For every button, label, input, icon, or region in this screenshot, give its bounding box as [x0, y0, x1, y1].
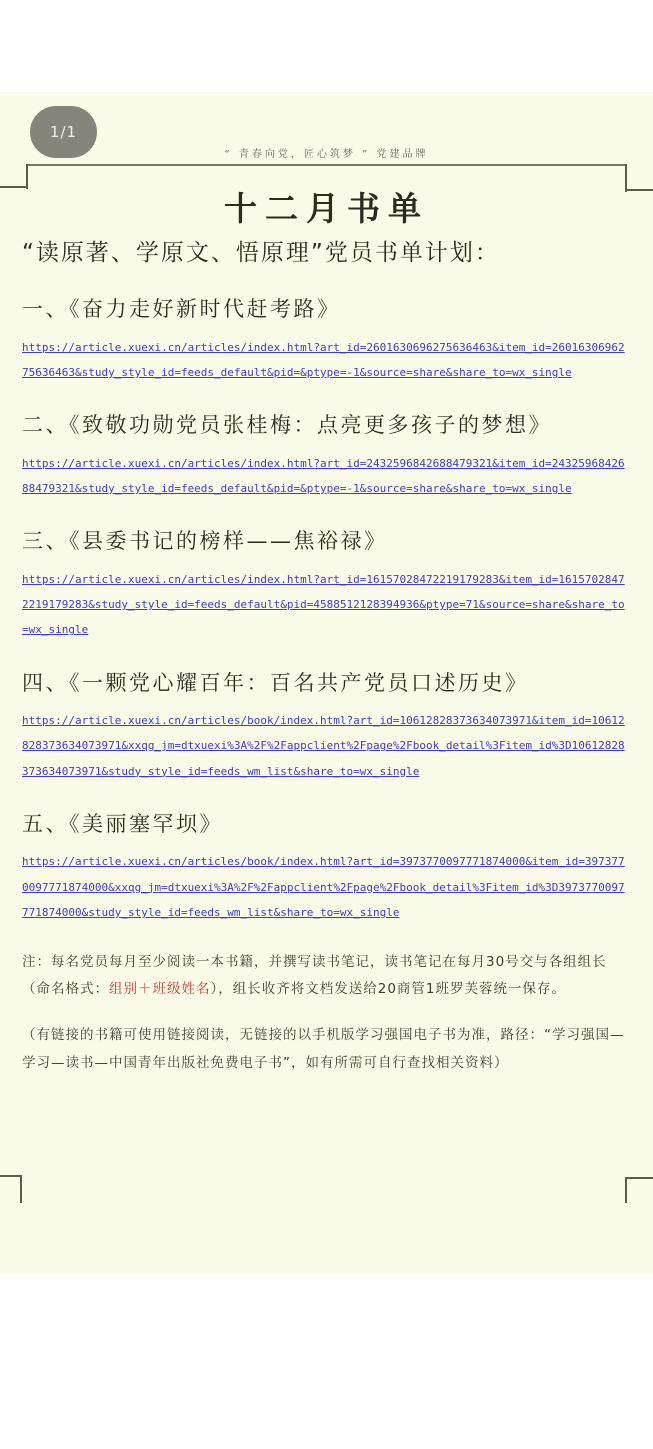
book-item-label: 五、《美丽塞罕坝》 [22, 810, 631, 839]
crop-mark-bottom-right-vertical [625, 1177, 627, 1203]
book-item-label: 四、《一颗党心耀百年：百名共产党员口述历史》 [22, 669, 631, 698]
book-link[interactable]: https://article.xuexi.cn/articles/book/i… [22, 849, 631, 925]
book-item-label: 一、《奋力走好新时代赶考路》 [22, 295, 631, 324]
note-suffix: ），组长收齐将文档发送给20商管1班罗芙蓉统一保存。 [211, 981, 567, 997]
book-link[interactable]: https://article.xuexi.cn/articles/index.… [22, 451, 631, 502]
crop-mark-bottom-left-horizontal [0, 1175, 22, 1177]
book-link[interactable]: https://article.xuexi.cn/articles/book/i… [22, 708, 631, 784]
appendix-paragraph: （有链接的书籍可使用链接阅读，无链接的以手机版学习强国电子书为准，路径：“学习强… [22, 1022, 631, 1077]
document-title: 十二月书单 [22, 188, 631, 229]
book-item: 二、《致敬功勋党员张桂梅：点亮更多孩子的梦想》 https://article.… [22, 411, 631, 501]
crop-mark-bottom-right-horizontal [625, 1177, 653, 1179]
book-item: 四、《一颗党心耀百年：百名共产党员口述历史》 https://article.x… [22, 669, 631, 784]
document-subtitle: “读原著、学原文、悟原理”党员书单计划： [22, 237, 631, 269]
note-highlight-naming-format: 组别＋班级姓名 [109, 981, 211, 997]
book-link[interactable]: https://article.xuexi.cn/articles/index.… [22, 567, 631, 643]
book-item-label: 三、《县委书记的榜样——焦裕禄》 [22, 527, 631, 556]
header-rule [27, 164, 627, 166]
book-item: 五、《美丽塞罕坝》 https://article.xuexi.cn/artic… [22, 810, 631, 925]
document-page: 1/1 “ 青春向党，匠心筑梦 ” 党建品牌 十二月书单 “读原著、学原文、悟原… [0, 92, 653, 1273]
document-content: 十二月书单 “读原著、学原文、悟原理”党员书单计划： 一、《奋力走好新时代赶考路… [0, 188, 653, 1077]
book-item: 一、《奋力走好新时代赶考路》 https://article.xuexi.cn/… [22, 295, 631, 385]
crop-mark-bottom-left-vertical [20, 1175, 22, 1203]
book-link[interactable]: https://article.xuexi.cn/articles/index.… [22, 335, 631, 386]
page-indicator-label: 1/1 [50, 123, 77, 141]
brand-slogan: “ 青春向党，匠心筑梦 ” 党建品牌 [0, 145, 653, 160]
note-paragraph: 注：每名党员每月至少阅读一本书籍，并撰写读书笔记，读书笔记在每月30号交与各组组… [22, 949, 631, 1002]
book-item-label: 二、《致敬功勋党员张桂梅：点亮更多孩子的梦想》 [22, 411, 631, 440]
book-item: 三、《县委书记的榜样——焦裕禄》 https://article.xuexi.c… [22, 527, 631, 642]
